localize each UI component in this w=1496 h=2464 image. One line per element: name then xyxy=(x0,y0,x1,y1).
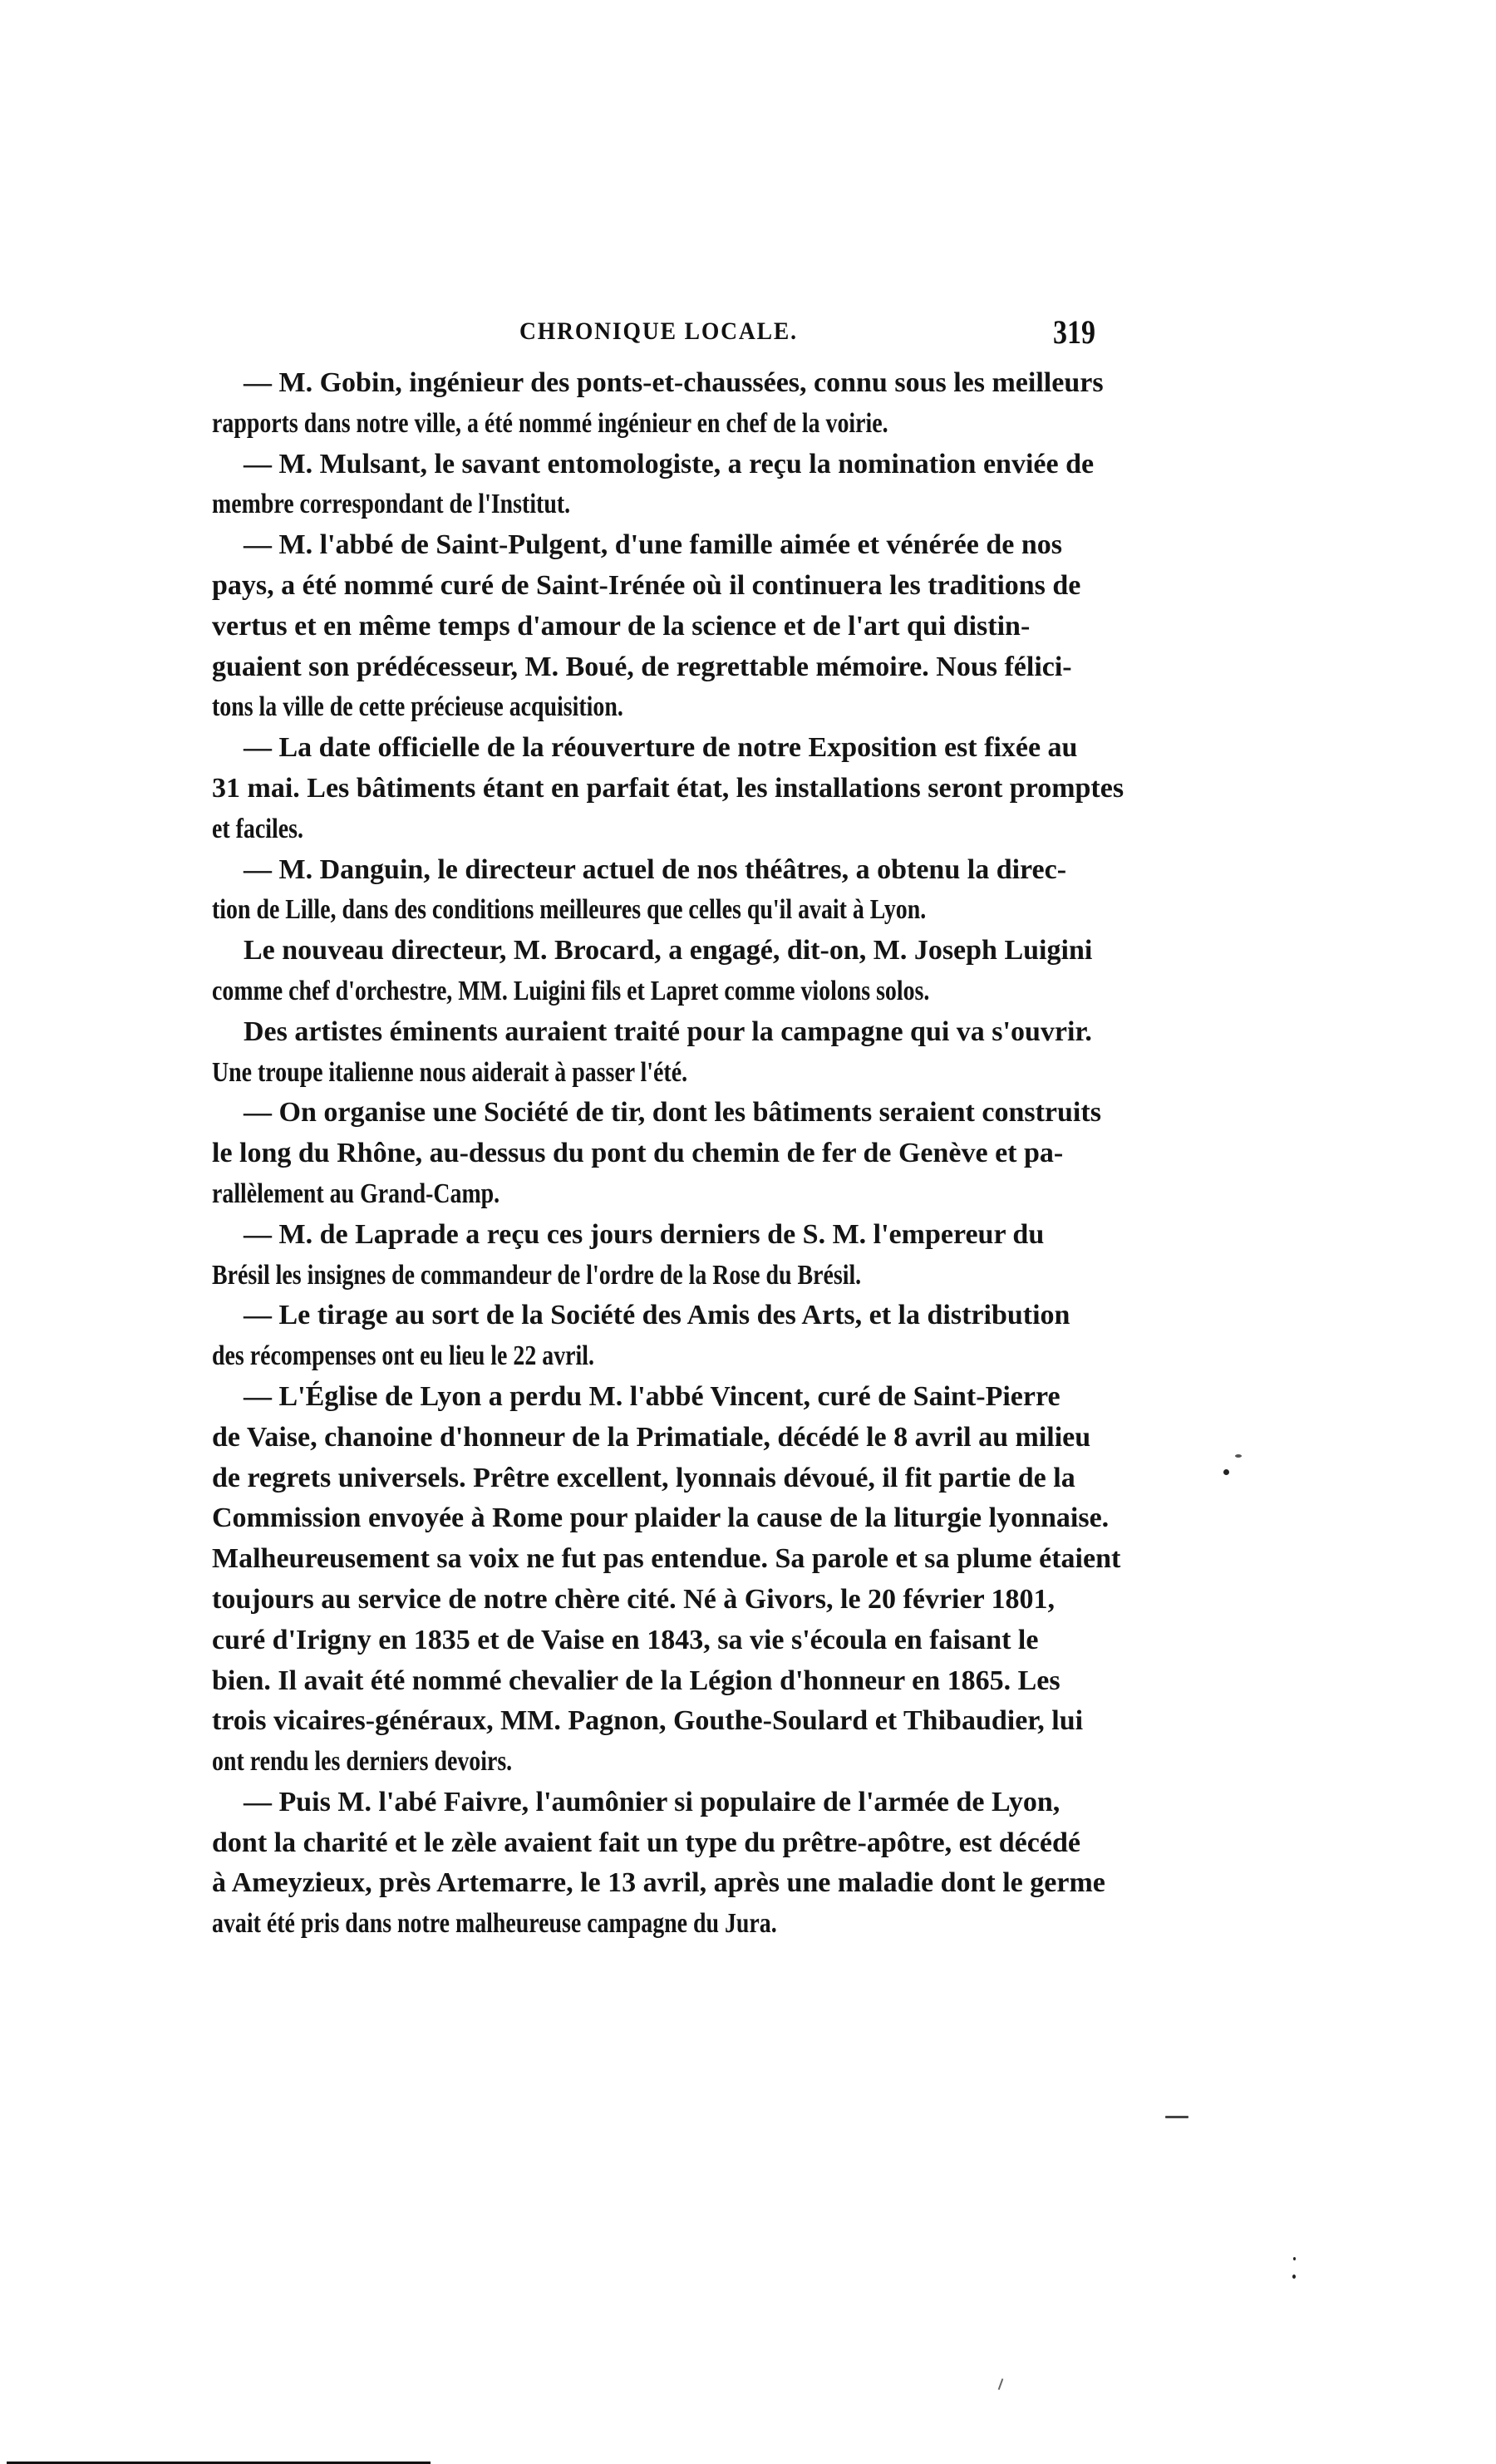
text-line-content: — L'Église de Lyon a perdu M. l'abbé Vin… xyxy=(244,1377,1060,1418)
text-line: 31 mai. Les bâtiments étant en parfait é… xyxy=(212,769,1105,809)
text-line: toujours au service de notre chère cité.… xyxy=(212,1580,1105,1621)
text-line: Des artistes éminents auraient traité po… xyxy=(212,1012,1105,1053)
text-line: comme chef d'orchestre, MM. Luigini fils… xyxy=(212,971,1105,1012)
chronicle-body-text: — M. Gobin, ingénieur des ponts-et-chaus… xyxy=(212,363,1105,1945)
running-head: CHRONIQUE LOCALE. 319 xyxy=(212,314,1105,351)
text-line: et faciles. xyxy=(212,809,1105,850)
text-line: tion de Lille, dans des conditions meill… xyxy=(212,890,1105,931)
text-line-content: Brésil les insignes de commandeur de l'o… xyxy=(212,1256,861,1296)
text-line: Malheureusement sa voix ne fut pas enten… xyxy=(212,1539,1105,1580)
text-line-content: Malheureusement sa voix ne fut pas enten… xyxy=(212,1539,1120,1580)
text-line: — L'Église de Lyon a perdu M. l'abbé Vin… xyxy=(212,1377,1105,1418)
text-line: pays, a été nommé curé de Saint-Irénée o… xyxy=(212,566,1105,607)
text-line: — La date officielle de la réouverture d… xyxy=(212,728,1105,769)
text-line-content: — M. Gobin, ingénieur des ponts-et-chaus… xyxy=(244,363,1104,404)
text-line: des récompenses ont eu lieu le 22 avril. xyxy=(212,1336,1105,1377)
text-line: Commission envoyée à Rome pour plaider l… xyxy=(212,1498,1105,1539)
text-line: le long du Rhône, au-dessus du pont du c… xyxy=(212,1134,1105,1174)
scan-speck xyxy=(1235,1454,1242,1458)
text-line-content: — On organise une Société de tir, dont l… xyxy=(244,1093,1101,1134)
text-line: guaient son prédécesseur, M. Boué, de re… xyxy=(212,647,1105,688)
text-line-content: curé d'Irigny en 1835 et de Vaise en 184… xyxy=(212,1621,1038,1661)
text-line-content: — M. l'abbé de Saint-Pulgent, d'une fami… xyxy=(244,525,1062,566)
text-line-content: membre correspondant de l'Institut. xyxy=(212,484,570,525)
text-line-content: des récompenses ont eu lieu le 22 avril. xyxy=(212,1336,594,1377)
page-number: 319 xyxy=(1053,312,1095,352)
running-title: CHRONIQUE LOCALE. xyxy=(519,317,798,346)
scan-speck xyxy=(998,2378,1004,2390)
text-line: rallèlement au Grand-Camp. xyxy=(212,1174,1105,1215)
text-line-content: pays, a été nommé curé de Saint-Irénée o… xyxy=(212,566,1080,607)
text-line: — M. Danguin, le directeur actuel de nos… xyxy=(212,850,1105,891)
text-line: de Vaise, chanoine d'honneur de la Prima… xyxy=(212,1418,1105,1458)
text-line-content: Une troupe italienne nous aiderait à pas… xyxy=(212,1053,687,1094)
text-line: trois vicaires-généraux, MM. Pagnon, Gou… xyxy=(212,1701,1105,1742)
text-line-content: — M. Danguin, le directeur actuel de nos… xyxy=(244,850,1066,891)
text-line: rapports dans notre ville, a été nommé i… xyxy=(212,404,1105,445)
text-line: — Le tirage au sort de la Société des Am… xyxy=(212,1296,1105,1336)
text-line-content: et faciles. xyxy=(212,809,303,850)
text-line: Brésil les insignes de commandeur de l'o… xyxy=(212,1256,1105,1296)
scan-speck xyxy=(1165,2116,1188,2118)
text-line: dont la charité et le zèle avaient fait … xyxy=(212,1823,1105,1864)
text-line-content: ont rendu les derniers devoirs. xyxy=(212,1742,512,1783)
text-line: membre correspondant de l'Institut. xyxy=(212,484,1105,525)
text-line: — M. de Laprade a reçu ces jours dernier… xyxy=(212,1215,1105,1256)
text-line: ont rendu les derniers devoirs. xyxy=(212,1742,1105,1783)
text-line: — Puis M. l'abé Faivre, l'aumônier si po… xyxy=(212,1783,1105,1823)
scan-speck xyxy=(1223,1469,1229,1475)
text-line-content: tons la ville de cette précieuse acquisi… xyxy=(212,687,623,728)
text-line: — M. l'abbé de Saint-Pulgent, d'une fami… xyxy=(212,525,1105,566)
text-line: — On organise une Société de tir, dont l… xyxy=(212,1093,1105,1134)
text-line-content: — M. de Laprade a reçu ces jours dernier… xyxy=(244,1215,1044,1256)
text-line: curé d'Irigny en 1835 et de Vaise en 184… xyxy=(212,1621,1105,1661)
text-line-content: Le nouveau directeur, M. Brocard, a enga… xyxy=(244,931,1092,971)
book-page: CHRONIQUE LOCALE. 319 — M. Gobin, ingéni… xyxy=(0,0,1496,2464)
text-line-content: avait été pris dans notre malheureuse ca… xyxy=(212,1904,777,1945)
text-line-content: dont la charité et le zèle avaient fait … xyxy=(212,1823,1080,1864)
text-line-content: 31 mai. Les bâtiments étant en parfait é… xyxy=(212,769,1124,809)
text-line-content: rallèlement au Grand-Camp. xyxy=(212,1174,499,1215)
scan-speck xyxy=(1293,2257,1296,2260)
text-line: tons la ville de cette précieuse acquisi… xyxy=(212,687,1105,728)
text-line-content: tion de Lille, dans des conditions meill… xyxy=(212,890,926,931)
text-line-content: Des artistes éminents auraient traité po… xyxy=(244,1012,1092,1053)
text-line-content: guaient son prédécesseur, M. Boué, de re… xyxy=(212,647,1072,688)
text-line-content: bien. Il avait été nommé chevalier de la… xyxy=(212,1661,1060,1702)
text-line: à Ameyzieux, près Artemarre, le 13 avril… xyxy=(212,1863,1105,1904)
text-line: — M. Gobin, ingénieur des ponts-et-chaus… xyxy=(212,363,1105,404)
text-line: bien. Il avait été nommé chevalier de la… xyxy=(212,1661,1105,1702)
text-line-content: à Ameyzieux, près Artemarre, le 13 avril… xyxy=(212,1863,1105,1904)
text-line-content: vertus et en même temps d'amour de la sc… xyxy=(212,607,1030,647)
text-line-content: trois vicaires-généraux, MM. Pagnon, Gou… xyxy=(212,1701,1083,1742)
text-line-content: — M. Mulsant, le savant entomologiste, a… xyxy=(244,445,1094,485)
text-line: de regrets universels. Prêtre excellent,… xyxy=(212,1458,1105,1499)
text-line-content: comme chef d'orchestre, MM. Luigini fils… xyxy=(212,971,929,1012)
text-line-content: — Puis M. l'abé Faivre, l'aumônier si po… xyxy=(244,1783,1060,1823)
text-line-content: — Le tirage au sort de la Société des Am… xyxy=(244,1296,1070,1336)
text-line: avait été pris dans notre malheureuse ca… xyxy=(212,1904,1105,1945)
text-line: Une troupe italienne nous aiderait à pas… xyxy=(212,1053,1105,1094)
text-line: — M. Mulsant, le savant entomologiste, a… xyxy=(212,445,1105,485)
scan-speck xyxy=(1292,2275,1296,2279)
text-line-content: — La date officielle de la réouverture d… xyxy=(244,728,1077,769)
text-line-content: Commission envoyée à Rome pour plaider l… xyxy=(212,1498,1109,1539)
text-line-content: rapports dans notre ville, a été nommé i… xyxy=(212,404,888,445)
text-line-content: le long du Rhône, au-dessus du pont du c… xyxy=(212,1134,1063,1174)
text-line: Le nouveau directeur, M. Brocard, a enga… xyxy=(212,931,1105,971)
text-line-content: de regrets universels. Prêtre excellent,… xyxy=(212,1458,1075,1499)
text-line: vertus et en même temps d'amour de la sc… xyxy=(212,607,1105,647)
text-line-content: toujours au service de notre chère cité.… xyxy=(212,1580,1055,1621)
text-line-content: de Vaise, chanoine d'honneur de la Prima… xyxy=(212,1418,1090,1458)
